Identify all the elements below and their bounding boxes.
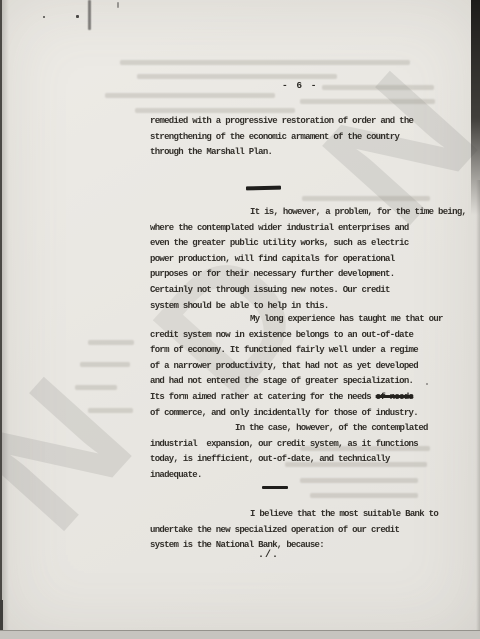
bleedthrough-line [75, 385, 117, 390]
text-line: inadequate. [150, 468, 432, 484]
bleedthrough-line [80, 362, 130, 367]
bleedthrough-line [322, 85, 434, 90]
scanned-document-page: N D N - 6 - remedied with a progressive … [0, 0, 480, 639]
text-line: My long experience has taught me that ou… [150, 312, 432, 328]
scan-speck [43, 16, 45, 18]
scan-speck [76, 15, 79, 18]
text-line: today, is inefficient, out-of-date, and … [150, 452, 432, 468]
bleedthrough-line [88, 408, 133, 413]
paragraph: It is, however, a problem, for the time … [150, 205, 432, 314]
scan-edge-left-shadow [2, 0, 9, 639]
scan-edge-right-shadow [476, 180, 480, 639]
text-line: and had not entered the stage of greater… [150, 374, 432, 390]
text-line: where the contemplated wider industrial … [150, 221, 432, 237]
bleedthrough-line [300, 99, 435, 104]
bleedthrough-line [135, 108, 295, 113]
bleedthrough-line [137, 74, 337, 79]
bleedthrough-line [310, 493, 418, 498]
text-line-with-strikeout: Its form aimed rather at catering for th… [150, 390, 432, 406]
paragraph: I believe that the most suitable Bank to… [150, 507, 432, 554]
text-line: of a narrower productivity, that had not… [150, 359, 432, 375]
text-line: In the case, however, of the contemplate… [150, 421, 432, 437]
bleedthrough-line [88, 340, 134, 345]
paragraph: In the case, however, of the contemplate… [150, 421, 432, 483]
text-segment: Its form aimed rather at catering for th… [150, 392, 376, 402]
text-line: undertake the new specialized operation … [150, 523, 432, 539]
text-line: form of economy. It functioned fairly we… [150, 343, 432, 359]
scan-streak [88, 0, 91, 30]
bleedthrough-line [302, 196, 430, 201]
text-line: It is, however, a problem, for the time … [150, 205, 432, 221]
paragraph: remedied with a progressive restoration … [150, 114, 432, 161]
scan-corner-notch [0, 600, 3, 632]
bleedthrough-line [120, 60, 410, 65]
bleedthrough-line [105, 93, 275, 98]
continuation-mark: ./. [258, 550, 279, 561]
text-line: even the greater public utility works, s… [150, 236, 432, 252]
scan-speck [117, 2, 119, 8]
text-line: through the Marshall Plan. [150, 145, 432, 161]
watermark-letter: N [0, 350, 160, 557]
scan-speck [426, 383, 428, 385]
text-line: industrial expansion, our credit system,… [150, 437, 432, 453]
text-line: power production, will find capitals for… [150, 252, 432, 268]
struck-out-text: of needs [376, 392, 414, 402]
scan-edge-bottom [0, 630, 480, 639]
text-line: credit system now in existence belongs t… [150, 328, 432, 344]
paragraph: My long experience has taught me that ou… [150, 312, 432, 421]
page-number: - 6 - [270, 80, 330, 91]
text-line: of commerce, and only incidentally for t… [150, 406, 432, 422]
section-divider [246, 186, 281, 191]
text-line: remedied with a progressive restoration … [150, 114, 432, 130]
text-line: Certainly not through issuing new notes.… [150, 283, 432, 299]
text-line: purposes or for their necessary further … [150, 267, 432, 283]
text-line: system is the National Bank, because: [150, 538, 432, 554]
text-line: I believe that the most suitable Bank to [150, 507, 432, 523]
text-line: strengthening of the economic armament o… [150, 130, 432, 146]
section-divider [262, 486, 288, 489]
